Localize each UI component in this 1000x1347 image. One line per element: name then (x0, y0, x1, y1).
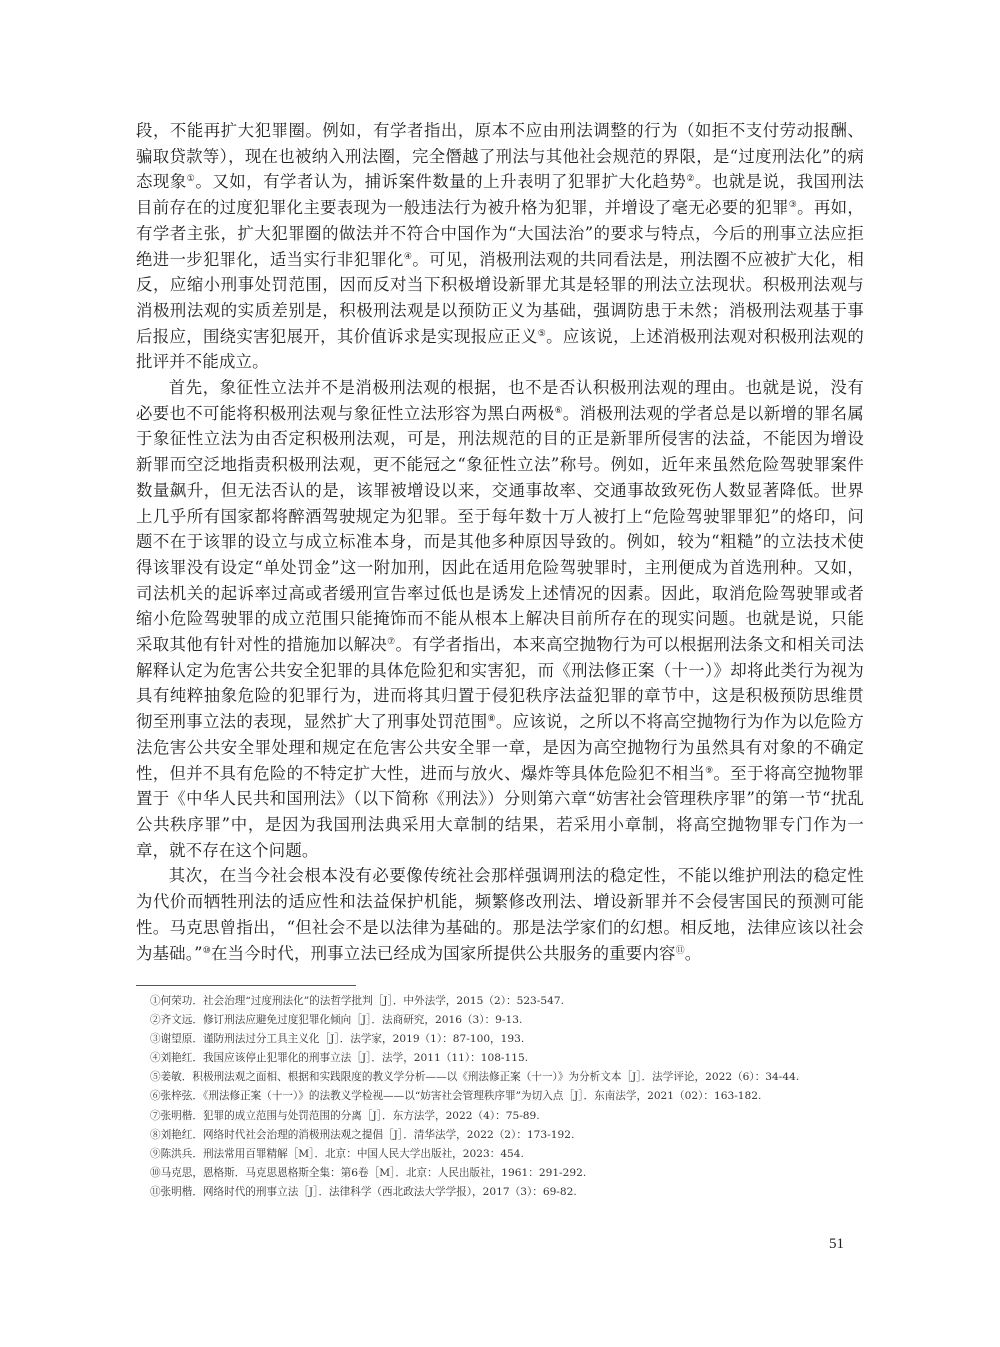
footnote-9: ⑨陈洪兵．刑法常用百罪精解［M］．北京：中国人民大学出版社，2023：454. (150, 1145, 864, 1164)
footnotes-list: ①何荣功．社会治理“过度刑法化”的法哲学批判［J］．中外法学，2015（2）：5… (150, 992, 864, 1202)
footnote-8: ⑧刘艳红．网络时代社会治理的消极刑法观之提倡［J］．清华法学，2022（2）：1… (150, 1126, 864, 1145)
footnote-3: ③谢望原．谨防刑法过分工具主义化［J］．法学家，2019（1）：87-100，1… (150, 1030, 864, 1049)
footnote-11: ⑪张明楷．网络时代的刑事立法［J］．法律科学（西北政法大学学报），2017（3）… (150, 1183, 864, 1202)
paragraph-3: 其次，在当今社会根本没有必要像传统社会那样强调刑法的稳定性，不能以维护刑法的稳定… (136, 863, 864, 966)
text-run: 。又如，有学者认为，捕诉案件数量的上升表明了犯罪扩大化趋势 (195, 172, 686, 191)
footnote-reference[interactable]: ⑥ (554, 406, 562, 416)
text-run: 。 (685, 944, 702, 963)
main-body-text: 段，不能再扩大犯罪圈。例如，有学者指出，原本不应由刑法调整的行为（如拒不支付劳动… (136, 118, 864, 966)
footnote-7: ⑦张明楷．犯罪的成立范围与处罚范围的分离［J］．东方法学，2022（4）：75-… (150, 1107, 864, 1126)
footnote-2: ②齐文远．修订刑法应避免过度犯罪化倾向［J］．法商研究，2016（3）：9-13… (150, 1011, 864, 1030)
footnote-reference[interactable]: ③ (789, 200, 797, 210)
footnote-1: ①何荣功．社会治理“过度刑法化”的法哲学批判［J］．中外法学，2015（2）：5… (150, 992, 864, 1011)
paragraph-1: 段，不能再扩大犯罪圈。例如，有学者指出，原本不应由刑法调整的行为（如拒不支付劳动… (136, 118, 864, 375)
page-number: 51 (829, 1236, 844, 1253)
paragraph-2: 首先，象征性立法并不是消极刑法观的根据，也不是否认积极刑法观的理由。也就是说，没… (136, 375, 864, 863)
footnote-separator (136, 985, 356, 986)
footnote-reference[interactable]: ⑩ (203, 946, 211, 956)
text-run: 。消极刑法观的学者总是以新增的罪名属于象征性立法为由否定积极刑法观，可是，刑法规… (136, 404, 864, 654)
footnote-6: ⑥张梓弦．《刑法修正案（十一）》的法教义学检视——以“妨害社会管理秩序罪”为切入… (150, 1087, 864, 1106)
footnote-reference[interactable]: ④ (404, 252, 412, 262)
footnote-reference[interactable]: ⑪ (676, 946, 685, 956)
footnote-reference[interactable]: ⑤ (538, 329, 546, 339)
footnote-reference[interactable]: ② (686, 174, 695, 184)
text-run: 在当今时代，刑事立法已经成为国家所提供公共服务的重要内容 (211, 944, 676, 963)
footnote-5: ⑤姜敏．积极刑法观之面相、根据和实践限度的教义学分析——以《刑法修正案（十一）》… (150, 1068, 864, 1087)
footnote-4: ④刘艳红．我国应该停止犯罪化的刑事立法［J］．法学，2011（11）：108-1… (150, 1049, 864, 1068)
footnote-10: ⑩马克思，恩格斯．马克思恩格斯全集：第6卷［M］．北京：人民出版社，1961：2… (150, 1164, 864, 1183)
footnote-reference[interactable]: ⑧ (487, 714, 495, 724)
